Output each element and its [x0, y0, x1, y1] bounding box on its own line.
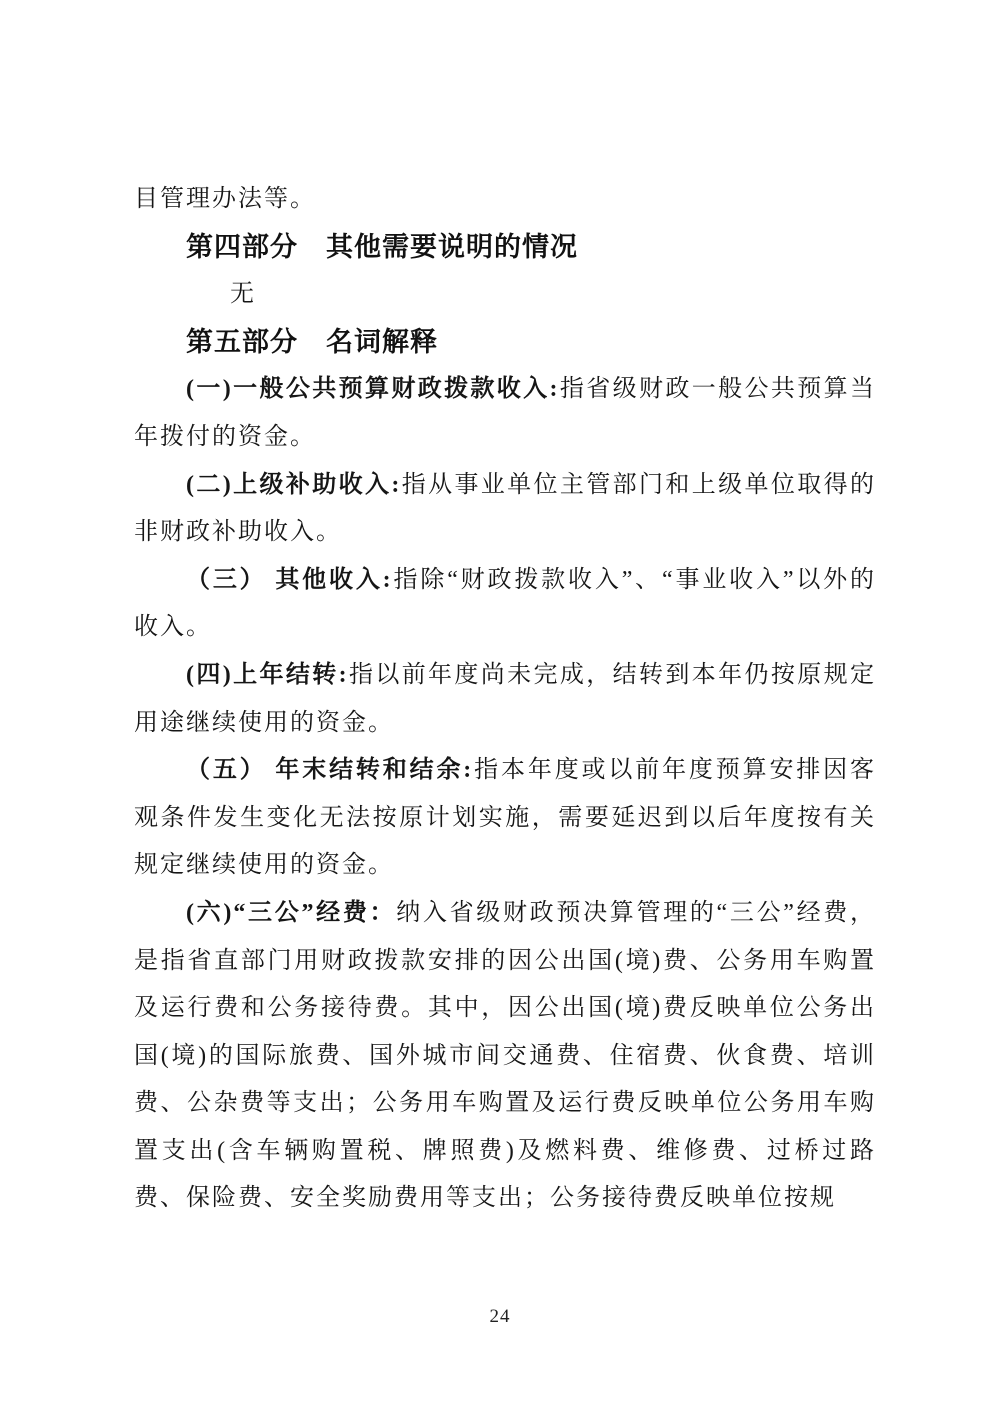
paragraph-continuation: 目管理办法等。: [134, 176, 876, 224]
document-page: 目管理办法等。 第四部分 其他需要说明的情况 无 第五部分 名词解释 (一)一般…: [0, 0, 1000, 1414]
definition-paragraph-2: (二)上级补助收入:指从事业单位主管部门和上级单位取得的非财政补助收入。: [134, 462, 876, 557]
page-number: 24: [0, 1306, 1000, 1328]
definition-paragraph-4: (四)上年结转:指以前年度尚未完成，结转到本年仍按原规定用途继续使用的资金。: [134, 652, 876, 747]
definition-body-6: 纳入省级财政预决算管理的“三公”经费，是指省直部门用财政拨款安排的因公出国(境)…: [134, 900, 876, 1212]
section-heading-part4: 第四部分 其他需要说明的情况: [134, 224, 876, 272]
section-heading-part5: 第五部分 名词解释: [134, 319, 876, 367]
paragraph-none: 无: [134, 271, 876, 319]
definition-paragraph-1: (一)一般公共预算财政拨款收入:指省级财政一般公共预算当年拨付的资金。: [134, 366, 876, 461]
definition-paragraph-3: （三） 其他收入:指除“财政拨款收入”、“事业收入”以外的收入。: [134, 557, 876, 652]
definition-lead-6: (六)“三公”经费：: [186, 900, 396, 926]
page-content: 目管理办法等。 第四部分 其他需要说明的情况 无 第五部分 名词解释 (一)一般…: [134, 176, 876, 1223]
definition-lead-1: (一)一般公共预算财政拨款收入:: [186, 376, 560, 402]
definition-lead-4: (四)上年结转:: [186, 662, 349, 688]
definition-lead-5: （五） 年末结转和结余:: [186, 757, 473, 783]
definition-paragraph-6: (六)“三公”经费：纳入省级财政预决算管理的“三公”经费，是指省直部门用财政拨款…: [134, 890, 876, 1223]
definition-lead-3: （三） 其他收入:: [186, 567, 393, 593]
definition-lead-2: (二)上级补助收入:: [186, 472, 401, 498]
definition-paragraph-5: （五） 年末结转和结余:指本年度或以前年度预算安排因客观条件发生变化无法按原计划…: [134, 747, 876, 890]
